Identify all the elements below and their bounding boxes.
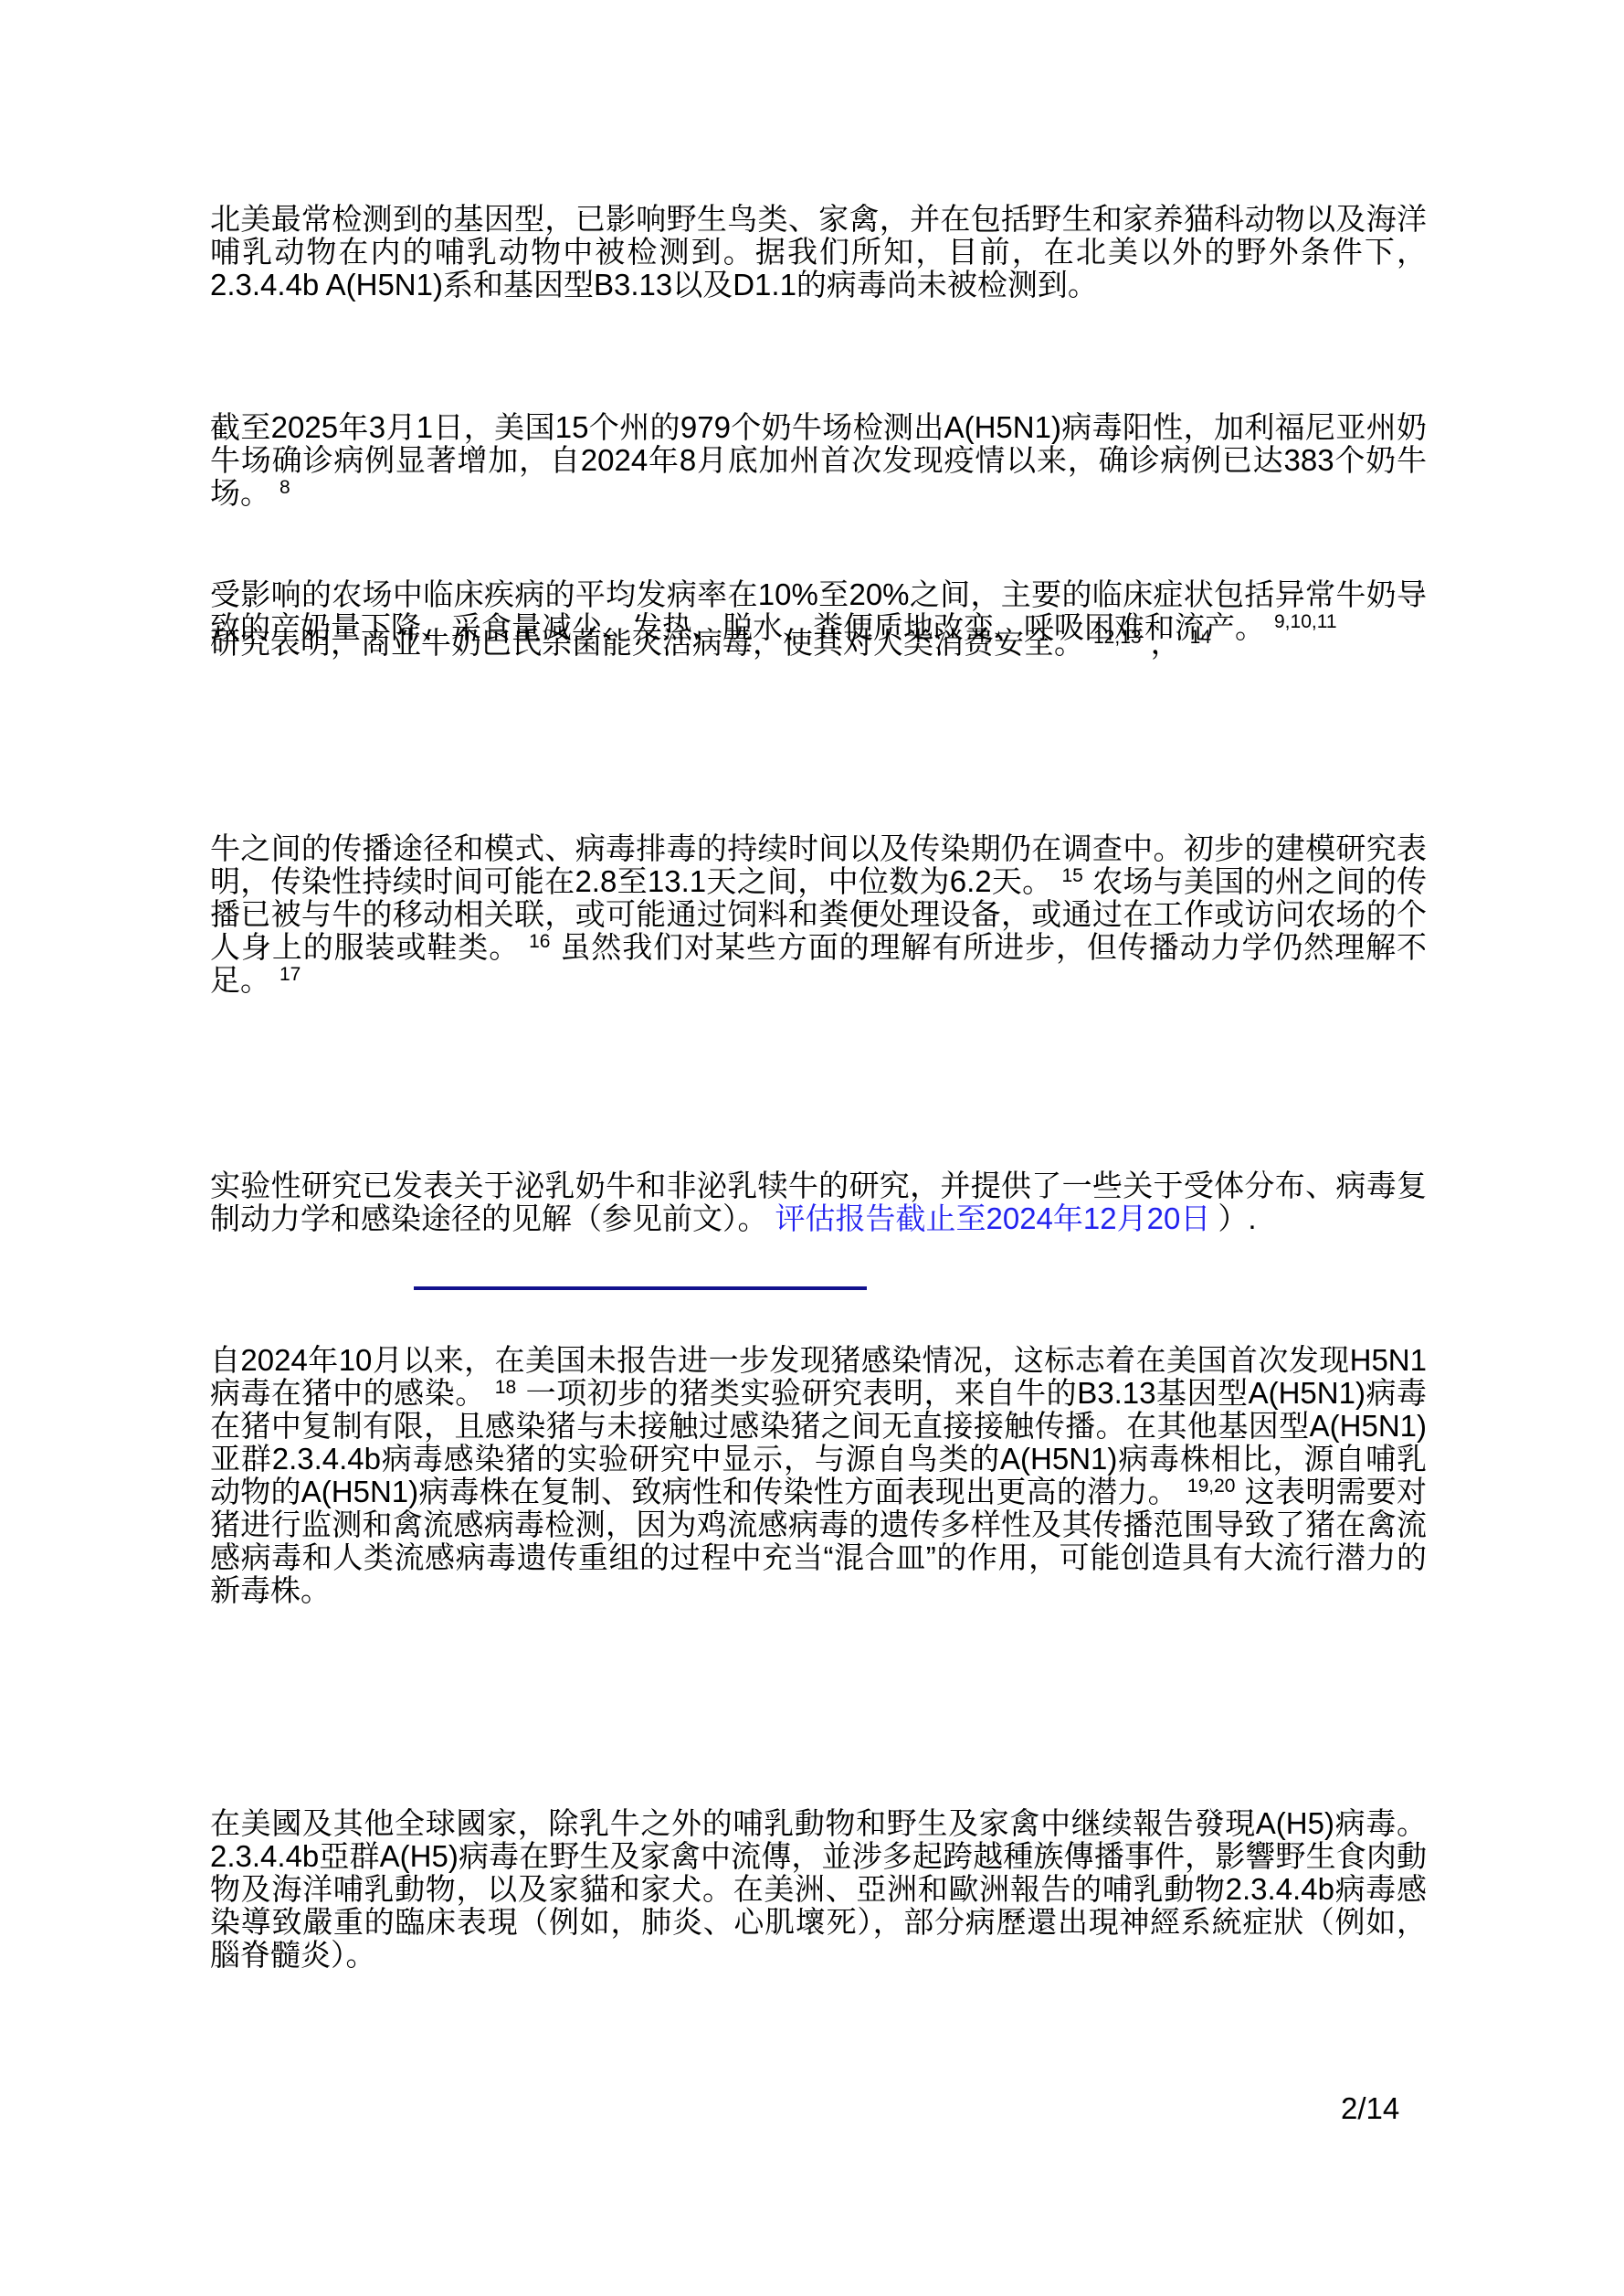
paragraph-swine-infections: 自2024年10月以来，在美国未报告进一步发现猪感染情况，这标志着在美国首次发现… bbox=[210, 1344, 1427, 1607]
text-run: ）. bbox=[1218, 1201, 1256, 1235]
reference-superscript: 14 bbox=[1190, 627, 1211, 648]
reference-superscript: 15 bbox=[1061, 865, 1082, 886]
paragraph-us-dairy-farms: 截至2025年3月1日，美国15个州的979个奶牛场检测出A(H5N1)病毒阳性… bbox=[210, 411, 1427, 510]
reference-superscript: 8 bbox=[279, 477, 290, 498]
text-run: 研究表明，商业牛奶巴氏杀菌能灭活病毒，使其对人类消费安全。 bbox=[210, 626, 1084, 660]
blank-link-underline bbox=[414, 1286, 867, 1290]
page-number: 2/14 bbox=[1341, 2092, 1399, 2125]
paragraph-clinical-signs: 受影响的农场中临床疾病的平均发病率在10%至20%之间，主要的临床症状包括异常牛… bbox=[210, 578, 1427, 644]
text-run: 北美最常检测到的基因型，已影响野生鸟类、家禽，并在包括野生和家养猫科动物以及海洋… bbox=[210, 202, 1427, 302]
document-page: 北美最常检测到的基因型，已影响野生鸟类、家禽，并在包括野生和家养猫科动物以及海洋… bbox=[0, 0, 1624, 2296]
text-run: ， bbox=[1151, 626, 1181, 660]
paragraph-experimental-studies: 实验性研究已发表关于泌乳奶牛和非泌乳犊牛的研究，并提供了一些关于受体分布、病毒复… bbox=[210, 1169, 1427, 1235]
reference-superscript: 12,13 bbox=[1093, 627, 1142, 648]
assessment-report-link[interactable]: 评估报告截止至2024年12月20日 bbox=[775, 1201, 1211, 1235]
reference-superscript: 18 bbox=[495, 1377, 516, 1398]
reference-superscript: 17 bbox=[279, 964, 301, 985]
paragraph-transmission: 牛之间的传播途径和模式、病毒排毒的持续时间以及传染期仍在调查中。初步的建模研究表… bbox=[210, 832, 1427, 997]
text-run: 截至2025年3月1日，美国15个州的979个奶牛场检测出A(H5N1)病毒阳性… bbox=[210, 410, 1427, 510]
paragraph-pasteurization-overlap: 研究表明，商业牛奶巴氏杀菌能灭活病毒，使其对人类消费安全。12,13，14 bbox=[210, 627, 1427, 660]
paragraph-global-mammals: 在美國及其他全球國家，除乳牛之外的哺乳動物和野生及家禽中继续報告發現A(H5)病… bbox=[210, 1807, 1427, 1972]
paragraph-na-genotype: 北美最常检测到的基因型，已影响野生鸟类、家禽，并在包括野生和家养猫科动物以及海洋… bbox=[210, 203, 1427, 302]
text-run: 在美國及其他全球國家，除乳牛之外的哺乳動物和野生及家禽中继续報告發現A(H5)病… bbox=[210, 1806, 1427, 1972]
reference-superscript: 19,20 bbox=[1187, 1476, 1236, 1497]
reference-superscript: 16 bbox=[529, 931, 550, 952]
